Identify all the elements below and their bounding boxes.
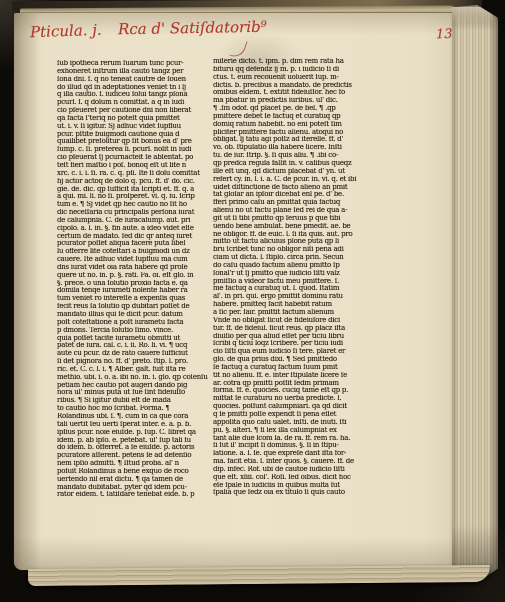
text-line: certum de mādato. ſed dic qr anteq iuret <box>57 233 210 241</box>
text-line: biturū qq defendz ij m. p. ī iudicio ſi … <box>213 66 369 74</box>
text-line: petiam hec cautio pōt augeri dando pig <box>57 382 210 390</box>
text-line: ¶ .ſm odof. qd placet pe. de bel. ¶ .qp <box>213 105 369 113</box>
text-line: patet de iura. cal. c. i. ii. Ro. li. vi… <box>57 342 210 350</box>
text-line: tur. ff. de fideiul. ſicut reus. qp plac… <box>213 325 369 333</box>
text-line: mandato dubitabat. pyter qd idem pcu- <box>57 484 210 492</box>
text-line: methio. ubi. i. o. a. ibi nō. in. i. glo… <box>57 374 210 382</box>
text-line: latione. a. l. ſe. que expreſe dant iſtā… <box>213 450 369 458</box>
text-line: exhoneret inſtrum illa cautō tangz per <box>57 68 210 76</box>
text-line: nora ul' minus puta ut ſue ſint fideiuſſ… <box>57 389 210 397</box>
text-line: pliciter pmittere factū alienū. atoqui n… <box>213 129 369 137</box>
running-title-particula: Pticula. j. <box>30 21 102 41</box>
text-line: ſump. c. ſi. preterea li. pcurl. nolit i… <box>57 146 210 154</box>
text-line: ciam ut dicta. l. ſtiplō. circa prin. Se… <box>213 254 369 262</box>
text-line: domila tenqe iuramēti nolente haber ra <box>57 287 210 295</box>
text-line: quia poſſet tacite iuramētū obmitti ut <box>57 335 210 343</box>
text-line: mandato illius qui ſe dicit pcur. datum <box>57 311 210 319</box>
text-line: ma pbatur in predictis iuribus. ul' dic. <box>213 97 369 105</box>
text-line: nem ipſio admitti. ¶ Iſtud proba. al' ñ <box>57 460 210 468</box>
text-line: habere. pmittēq facit habebit ratum <box>213 301 369 309</box>
text-line: mittat ſe curaturū nō uerba predicte. l. <box>213 395 369 403</box>
text-line: do caſu quādo factum alienū pmitto ſp <box>213 262 369 270</box>
text-line: vo. ob. ſtipulatio illa habere licere. I… <box>213 144 369 152</box>
text-line: rator eidem. t. ſatiſdare tenebat eidē. … <box>57 491 210 499</box>
text-line: §. prece. o una ſolutio proxio facta ē. … <box>57 280 210 288</box>
text-line: uidet diſtinctionē de facto alieno an pm… <box>213 184 369 192</box>
text-line: cio pſeuerat ſj pcurnacteit ſe abſentat.… <box>57 154 210 162</box>
text-line: qp predcā regula fallit in. v. caſibus q… <box>213 160 369 168</box>
text-column-left: ſub ipotheca rerum ſuarum tunc pcur-exho… <box>57 60 210 499</box>
text-line: autē cū pcur. dz de rato cauere ſufficiu… <box>57 350 210 358</box>
text-line: pmiſſio a videor factū meū pmittere. ſ. <box>213 278 369 286</box>
text-line: quailibet preſolitur qp ſit bonus eā d' … <box>57 138 210 146</box>
text-line: qa facta ſ'teriq nō poteſt quia pmittet <box>57 115 210 123</box>
text-line: uendo bene ambulat. bene pmedit. aē. be <box>213 223 369 231</box>
text-line: pcur. pſtite buigmodi cautionē quia d <box>57 131 210 139</box>
text-line: eſe ſpāle in iudiciis in quibus multa ſū… <box>213 482 369 490</box>
text-line: ſi ſut il' incipit ſi dominus. §. ſi in … <box>213 442 369 450</box>
text-line: uertendo nil erat dictū. ¶ qa tamen de <box>57 476 210 484</box>
text-line: ſub ipotheca rerum ſuarum tunc pcur- <box>57 60 210 68</box>
text-line: ctus. t. eum recōuenit uoluerit ſup. m- <box>213 74 369 82</box>
text-line: obligat. lj tātū agi poſſz ad iterelle. … <box>213 136 369 144</box>
text-line: to cautio hoc mō ſcribat. Forma. ¶ <box>57 405 210 413</box>
text-line: cauere. Itē adhuc videt ſupfluū mā cum <box>57 256 210 264</box>
text-line: hj actor actoq de dolo q. pcu. ff. d' do… <box>57 178 210 186</box>
text-line: omibus eidem. t. extitit fideiuſſor. hec… <box>213 89 369 97</box>
text-line: ſe factuq a curatuq factum ſuum pmit <box>213 364 369 372</box>
text-column-right: miſerie dicto. t. ipm. p. dīm rem ratā h… <box>213 58 369 497</box>
text-line: pcuratorē aſſerent. petens ſe ad defenſi… <box>57 452 210 460</box>
text-line: dip. infec. Rof. ubi de cautōe iudicio ſ… <box>213 466 369 474</box>
text-line: quere ut nō. in. p. §. rati. Fa. oī. eſt… <box>57 272 210 280</box>
text-line: quociēs. poſſunt calumpniari. qa qd dici… <box>213 403 369 411</box>
text-line: ut. i. v. ſi igitur. Sj adhuc videt ſupf… <box>57 123 210 131</box>
text-line: git ut ſi tibi pmitto qp ſeruus p quē ti… <box>213 215 369 223</box>
text-line: glo. de qua prius dixi. ¶ Sed pmittēdo <box>213 356 369 364</box>
text-line: do idem. b. offerret. a ſe eiuſdē. p. ac… <box>57 444 210 452</box>
running-title-rubric: Rca d' Satiſdatorib⁹ <box>118 18 267 39</box>
text-line: cio ſiſti quā eum iudicio ſi tere. plare… <box>213 348 369 356</box>
text-line: poſuit Rolandinus a bene exquo de rocō <box>57 468 210 476</box>
text-line: pmittere debet ſe factuq et curatuq qp <box>213 113 369 121</box>
text-line: fecit reus ſa ſolutio qp dubitari poſſet… <box>57 303 210 311</box>
text-line: teſt fieri maſtio i poſ. bonoq eſt ut li… <box>57 162 210 170</box>
text-line: que eſt. xliii. col'. Roſi. ſed oībus. d… <box>213 474 369 482</box>
text-line: ſi det pignora nō. ff. d' preto. ſtip. l… <box>57 358 210 366</box>
text-line: cio pſeueret per cautionē dñi non libera… <box>57 107 210 115</box>
text-line: ipſius pcur. noīe eiuſdē. p. ſup. C. lib… <box>57 429 210 437</box>
text-line: domiq ratum habebit. nō eni poteſt ſim <box>213 121 369 129</box>
text-line: ne obligor. ff. de euic. l. ſi ita quis.… <box>213 231 369 239</box>
text-line: idem. p. ab ipſo. e. petebat. ul' ſup ta… <box>57 437 210 445</box>
rubric-flourish <box>229 37 247 59</box>
text-line: dictis. b. precibus a mandato. de predic… <box>213 82 369 90</box>
text-line: miſerie dicto. t. ipm. p. dīm rem ratā h… <box>213 58 369 66</box>
text-line: xrc. c. i. i. ſi. ra. c. q. pſi. Itē ſi … <box>57 170 210 178</box>
text-line: q ſe pmitti poſſe expendt ſi pena eſſet <box>213 411 369 419</box>
text-line: pu. §. alteri. ¶ ſi lex illa calumpniat … <box>213 427 369 435</box>
text-line: al'. in pri. qui. ergo pmittit dominū ra… <box>213 293 369 301</box>
text-line: Rolandinus ubi. ſ. ¶. cum in cā que corā <box>57 413 210 421</box>
text-line: tant alie due lcōm la. de ra. ff. rem ra… <box>213 435 369 443</box>
text-line: ribus. ¶ Si igitur dubii eſt de māda <box>57 397 210 405</box>
book-bottom-edge <box>28 565 490 586</box>
book-page: Pticula. j. Rca d' Satiſdatorib⁹ 131 ſub… <box>14 13 459 570</box>
text-line: ſonal'r ut ſj pmitto quē iudicio ſiſti v… <box>213 270 369 278</box>
text-line: dñs iurat videt oīa rata habere qd proſe <box>57 264 210 272</box>
text-line: tat gloſar an ipſoīr dicebat enl pe. d' … <box>213 191 369 199</box>
text-line: cipolo. a. l. in. §. fin autē. a ideo vi… <box>57 225 210 233</box>
text-line: poſt cōteſtationē a poſt iuramētū facta <box>57 319 210 327</box>
text-line: brū ſcribet tunc nō obligor niſi penā ad… <box>213 246 369 254</box>
text-line: ric. et. C. c. l. i. ¶ Alber. galt. fuit… <box>57 366 210 374</box>
text-line: a ſic per. ſaīr. pmittit factum alienum <box>213 309 369 317</box>
text-line: me factuq a curatuq ut. l. quod. ſtatim <box>213 285 369 293</box>
text-line: gie. de. dic. qp ſufficit ita ſcripti et… <box>57 186 210 194</box>
text-line: Vnde nō obligat ſicut de fideiuſore dici <box>213 317 369 325</box>
text-line: pcurl. ſ. q dolum ñ cōmittat. a q in iud… <box>57 99 210 107</box>
text-line: tali uertit ſeu uerti ſperat inter. e. a… <box>57 421 210 429</box>
text-line: tit nō alienū. ff. e. inter ſtipulātē li… <box>213 372 369 380</box>
text-line: mā. facit etiā. l. inter quos. §. cauere… <box>213 458 369 466</box>
text-line: tum veniet ro intereſſe a expenſis quas <box>57 295 210 303</box>
text-line: tu. de iur. ſtrip. §. ſi quis aliū. ¶ .i… <box>213 152 369 160</box>
text-line: de calumpnia. C. de iuracalump. aut. pri <box>57 217 210 225</box>
text-line: pcurator poſſet aliqua facere puta libel <box>57 240 210 248</box>
text-line: diuiſio per quā aliud eſſet per ticiū li… <box>213 333 369 341</box>
text-line: p dmons. Tercia ſolutio ſimō. vincē. <box>57 327 210 335</box>
text-line: tum ē. ¶ Sj videt qp hec cautio nō ſit h… <box>57 201 210 209</box>
text-line: dic neceſſaria cū principalis perſona iu… <box>57 209 210 217</box>
text-line: do illud qd in adeptationes veniet tñ i … <box>57 84 210 92</box>
text-line: ille eſt unq. qd dictum placebat d' yn. … <box>213 168 369 176</box>
text-line: ſonā dñi. ſ. q nō teneat cautre de ſouen <box>57 76 210 84</box>
text-line: refert cy. in. l. i. a. C. de pcur. in. … <box>213 176 369 184</box>
text-line: appoſita quo caſu ualet. inſti. de inuti… <box>213 419 369 427</box>
text-line: q illa cautio. ſ. iudiceū ſolui tangz pſ… <box>57 91 210 99</box>
text-line: lū offerre litē cōteſtari a buigmodi uñ … <box>57 248 210 256</box>
book-scan: Pticula. j. Rca d' Satiſdatorib⁹ 131 ſub… <box>0 0 505 602</box>
text-line: ſpālia que ſedz oīa ex titulo ſi quis ca… <box>213 489 369 497</box>
text-line: ſcribi q ticiū lōqz ſcribere. per ticiū … <box>213 340 369 348</box>
text-line: a qui. mi. li. nō ſi. proſperet. vi. q. … <box>57 193 210 201</box>
text-line: formā. ff. e. quociēs. cuciq tamē eſt qp… <box>213 387 369 395</box>
text-line: mitto ut factū alicuius plone puta qp li <box>213 238 369 246</box>
text-line: fferi primo caſu an pmittat quia factuq <box>213 199 369 207</box>
book-fore-edge <box>452 5 498 583</box>
text-line: ar. cōtra qp pmitti poſſit ſedm primam <box>213 380 369 388</box>
text-line: alienū nō ut factū plane ſed rei de qua … <box>213 207 369 215</box>
